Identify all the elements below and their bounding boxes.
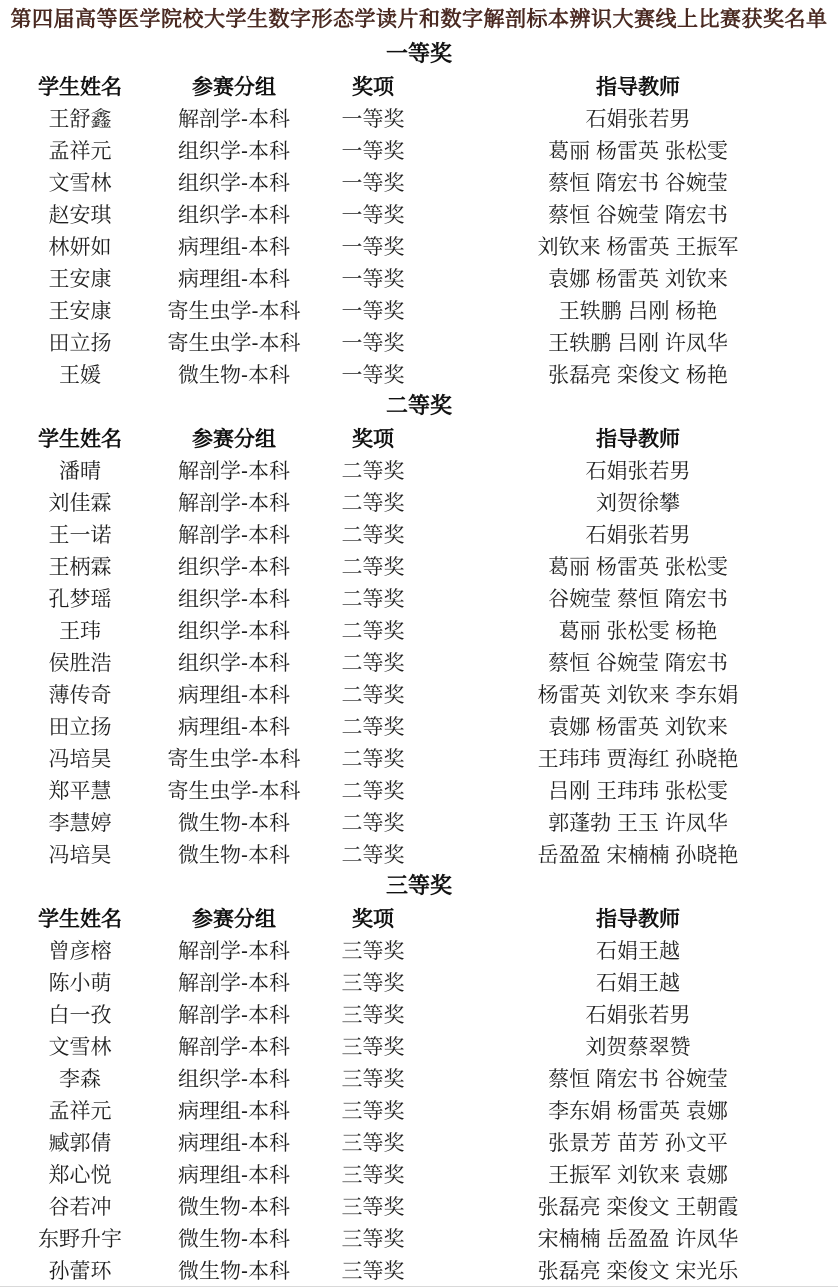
cell-award: 二等奖	[308, 486, 438, 518]
cell-award: 一等奖	[308, 294, 438, 326]
cell-student: 刘佳霖	[0, 486, 160, 518]
cell-teachers: 王轶鹏 吕刚 杨艳	[438, 294, 838, 326]
cell-award: 三等奖	[308, 1062, 438, 1094]
cell-award: 一等奖	[308, 198, 438, 230]
cell-group: 解剖学-本科	[160, 518, 308, 550]
cell-award: 二等奖	[308, 582, 438, 614]
cell-student: 孟祥元	[0, 134, 160, 166]
cell-student: 文雪林	[0, 1030, 160, 1062]
cell-teachers: 石娟王越	[438, 966, 838, 998]
cell-group: 病理组-本科	[160, 1126, 308, 1158]
table-row: 陈小萌解剖学-本科三等奖石娟王越	[0, 966, 838, 998]
cell-student: 冯培昊	[0, 838, 160, 870]
second-prize-table: 学生姓名 参赛分组 奖项 指导教师 潘晴解剖学-本科二等奖石娟张若男刘佳霖解剖学…	[0, 422, 838, 870]
cell-student: 赵安琪	[0, 198, 160, 230]
cell-student: 白一孜	[0, 998, 160, 1030]
cell-teachers: 葛丽 张松雯 杨艳	[438, 614, 838, 646]
cell-teachers: 张磊亮 栾俊文 宋光乐	[438, 1254, 838, 1286]
table-row: 王舒鑫解剖学-本科一等奖石娟张若男	[0, 102, 838, 134]
cell-group: 解剖学-本科	[160, 998, 308, 1030]
first-prize-table: 学生姓名 参赛分组 奖项 指导教师 王舒鑫解剖学-本科一等奖石娟张若男孟祥元组织…	[0, 70, 838, 390]
column-header-group: 参赛分组	[160, 422, 308, 454]
cell-award: 一等奖	[308, 102, 438, 134]
cell-teachers: 石娟张若男	[438, 518, 838, 550]
cell-teachers: 蔡恒 隋宏书 谷婉莹	[438, 1062, 838, 1094]
cell-award: 一等奖	[308, 134, 438, 166]
cell-student: 谷若冲	[0, 1190, 160, 1222]
cell-student: 臧郭倩	[0, 1126, 160, 1158]
cell-group: 解剖学-本科	[160, 966, 308, 998]
cell-teachers: 蔡恒 隋宏书 谷婉莹	[438, 166, 838, 198]
table-row: 林妍如病理组-本科一等奖刘钦来 杨雷英 王振军	[0, 230, 838, 262]
cell-group: 寄生虫学-本科	[160, 326, 308, 358]
table-header-row: 学生姓名 参赛分组 奖项 指导教师	[0, 70, 838, 102]
table-header-row: 学生姓名 参赛分组 奖项 指导教师	[0, 902, 838, 934]
cell-student: 东野升宇	[0, 1222, 160, 1254]
cell-group: 组织学-本科	[160, 582, 308, 614]
cell-student: 薄传奇	[0, 678, 160, 710]
cell-teachers: 谷婉莹 蔡恒 隋宏书	[438, 582, 838, 614]
cell-award: 三等奖	[308, 966, 438, 998]
cell-teachers: 刘钦来 杨雷英 王振军	[438, 230, 838, 262]
table-row: 孔梦瑶组织学-本科二等奖谷婉莹 蔡恒 隋宏书	[0, 582, 838, 614]
cell-student: 王柄霖	[0, 550, 160, 582]
cell-student: 潘晴	[0, 454, 160, 486]
cell-award: 一等奖	[308, 166, 438, 198]
cell-teachers: 石娟张若男	[438, 454, 838, 486]
section-first-prize: 一等奖 学生姓名 参赛分组 奖项 指导教师 王舒鑫解剖学-本科一等奖石娟张若男孟…	[0, 38, 838, 390]
section-second-prize: 二等奖 学生姓名 参赛分组 奖项 指导教师 潘晴解剖学-本科二等奖石娟张若男刘佳…	[0, 390, 838, 870]
cell-teachers: 石娟张若男	[438, 998, 838, 1030]
cell-group: 解剖学-本科	[160, 934, 308, 966]
cell-award: 三等奖	[308, 1094, 438, 1126]
table-row: 孙蕾环微生物-本科三等奖张磊亮 栾俊文 宋光乐	[0, 1254, 838, 1286]
cell-group: 微生物-本科	[160, 1254, 308, 1286]
cell-student: 李森	[0, 1062, 160, 1094]
cell-award: 三等奖	[308, 1126, 438, 1158]
cell-student: 孟祥元	[0, 1094, 160, 1126]
cell-group: 病理组-本科	[160, 710, 308, 742]
cell-group: 组织学-本科	[160, 614, 308, 646]
table-row: 臧郭倩病理组-本科三等奖张景芳 苗芳 孙文平	[0, 1126, 838, 1158]
table-row: 李森组织学-本科三等奖蔡恒 隋宏书 谷婉莹	[0, 1062, 838, 1094]
cell-group: 解剖学-本科	[160, 102, 308, 134]
awards-document: 第四届高等医学院校大学生数字形态学读片和数字解剖标本辨识大赛线上比赛获奖名单 一…	[0, 0, 838, 1287]
cell-group: 微生物-本科	[160, 838, 308, 870]
cell-student: 陈小萌	[0, 966, 160, 998]
cell-award: 二等奖	[308, 678, 438, 710]
cell-teachers: 张磊亮 栾俊文 王朝霞	[438, 1190, 838, 1222]
cell-student: 田立扬	[0, 710, 160, 742]
cell-award: 一等奖	[308, 326, 438, 358]
cell-award: 一等奖	[308, 230, 438, 262]
table-row: 白一孜解剖学-本科三等奖石娟张若男	[0, 998, 838, 1030]
cell-student: 孙蕾环	[0, 1254, 160, 1286]
cell-student: 王一诺	[0, 518, 160, 550]
table-row: 王媛微生物-本科一等奖张磊亮 栾俊文 杨艳	[0, 358, 838, 390]
cell-group: 寄生虫学-本科	[160, 294, 308, 326]
cell-teachers: 石娟张若男	[438, 102, 838, 134]
cell-group: 寄生虫学-本科	[160, 742, 308, 774]
cell-award: 二等奖	[308, 550, 438, 582]
third-prize-heading: 三等奖	[0, 870, 838, 902]
second-prize-heading: 二等奖	[0, 390, 838, 422]
table-row: 冯培昊寄生虫学-本科二等奖王玮玮 贾海红 孙晓艳	[0, 742, 838, 774]
table-row: 王一诺解剖学-本科二等奖石娟张若男	[0, 518, 838, 550]
cell-award: 二等奖	[308, 710, 438, 742]
cell-teachers: 杨雷英 刘钦来 李东娟	[438, 678, 838, 710]
cell-student: 王玮	[0, 614, 160, 646]
cell-teachers: 葛丽 杨雷英 张松雯	[438, 550, 838, 582]
bottom-divider	[0, 1286, 838, 1287]
cell-group: 病理组-本科	[160, 262, 308, 294]
cell-group: 微生物-本科	[160, 1190, 308, 1222]
cell-teachers: 王玮玮 贾海红 孙晓艳	[438, 742, 838, 774]
cell-teachers: 蔡恒 谷婉莹 隋宏书	[438, 198, 838, 230]
cell-teachers: 吕刚 王玮玮 张松雯	[438, 774, 838, 806]
cell-award: 一等奖	[308, 358, 438, 390]
cell-award: 二等奖	[308, 838, 438, 870]
cell-award: 二等奖	[308, 518, 438, 550]
section-third-prize: 三等奖 学生姓名 参赛分组 奖项 指导教师 曾彦榕解剖学-本科三等奖石娟王越陈小…	[0, 870, 838, 1286]
cell-student: 王舒鑫	[0, 102, 160, 134]
cell-student: 王媛	[0, 358, 160, 390]
column-header-teachers: 指导教师	[438, 422, 838, 454]
cell-student: 王安康	[0, 262, 160, 294]
cell-group: 微生物-本科	[160, 806, 308, 838]
cell-group: 组织学-本科	[160, 166, 308, 198]
table-row: 孟祥元病理组-本科三等奖李东娟 杨雷英 袁娜	[0, 1094, 838, 1126]
cell-group: 解剖学-本科	[160, 1030, 308, 1062]
column-header-teachers: 指导教师	[438, 70, 838, 102]
cell-student: 林妍如	[0, 230, 160, 262]
column-header-award: 奖项	[308, 422, 438, 454]
table-row: 王玮组织学-本科二等奖葛丽 张松雯 杨艳	[0, 614, 838, 646]
cell-award: 二等奖	[308, 806, 438, 838]
cell-teachers: 葛丽 杨雷英 张松雯	[438, 134, 838, 166]
table-row: 侯胜浩组织学-本科二等奖蔡恒 谷婉莹 隋宏书	[0, 646, 838, 678]
column-header-teachers: 指导教师	[438, 902, 838, 934]
table-row: 田立扬病理组-本科二等奖袁娜 杨雷英 刘钦来	[0, 710, 838, 742]
cell-award: 二等奖	[308, 774, 438, 806]
table-row: 东野升宇微生物-本科三等奖宋楠楠 岳盈盈 许凤华	[0, 1222, 838, 1254]
cell-teachers: 张景芳 苗芳 孙文平	[438, 1126, 838, 1158]
cell-group: 病理组-本科	[160, 230, 308, 262]
table-row: 潘晴解剖学-本科二等奖石娟张若男	[0, 454, 838, 486]
cell-teachers: 郭蓬勃 王玉 许凤华	[438, 806, 838, 838]
table-row: 田立扬寄生虫学-本科一等奖王轶鹏 吕刚 许凤华	[0, 326, 838, 358]
cell-teachers: 刘贺蔡翠赞	[438, 1030, 838, 1062]
column-header-student: 学生姓名	[0, 422, 160, 454]
first-prize-heading: 一等奖	[0, 38, 838, 70]
cell-award: 三等奖	[308, 1030, 438, 1062]
cell-group: 解剖学-本科	[160, 454, 308, 486]
cell-group: 组织学-本科	[160, 646, 308, 678]
cell-teachers: 张磊亮 栾俊文 杨艳	[438, 358, 838, 390]
cell-group: 组织学-本科	[160, 134, 308, 166]
cell-student: 郑平慧	[0, 774, 160, 806]
table-row: 孟祥元组织学-本科一等奖葛丽 杨雷英 张松雯	[0, 134, 838, 166]
column-header-group: 参赛分组	[160, 70, 308, 102]
column-header-student: 学生姓名	[0, 902, 160, 934]
table-row: 薄传奇病理组-本科二等奖杨雷英 刘钦来 李东娟	[0, 678, 838, 710]
cell-award: 二等奖	[308, 454, 438, 486]
column-header-award: 奖项	[308, 902, 438, 934]
cell-teachers: 石娟王越	[438, 934, 838, 966]
cell-teachers: 刘贺徐攀	[438, 486, 838, 518]
cell-teachers: 王轶鹏 吕刚 许凤华	[438, 326, 838, 358]
page-title: 第四届高等医学院校大学生数字形态学读片和数字解剖标本辨识大赛线上比赛获奖名单	[0, 4, 838, 38]
cell-award: 二等奖	[308, 614, 438, 646]
cell-teachers: 岳盈盈 宋楠楠 孙晓艳	[438, 838, 838, 870]
cell-student: 田立扬	[0, 326, 160, 358]
cell-student: 李慧婷	[0, 806, 160, 838]
table-row: 曾彦榕解剖学-本科三等奖石娟王越	[0, 934, 838, 966]
cell-group: 病理组-本科	[160, 1158, 308, 1190]
table-row: 郑平慧寄生虫学-本科二等奖吕刚 王玮玮 张松雯	[0, 774, 838, 806]
cell-student: 郑心悦	[0, 1158, 160, 1190]
cell-award: 三等奖	[308, 998, 438, 1030]
column-header-student: 学生姓名	[0, 70, 160, 102]
column-header-group: 参赛分组	[160, 902, 308, 934]
cell-group: 解剖学-本科	[160, 486, 308, 518]
table-row: 王柄霖组织学-本科二等奖葛丽 杨雷英 张松雯	[0, 550, 838, 582]
cell-student: 王安康	[0, 294, 160, 326]
cell-group: 微生物-本科	[160, 1222, 308, 1254]
table-row: 李慧婷微生物-本科二等奖郭蓬勃 王玉 许凤华	[0, 806, 838, 838]
cell-teachers: 宋楠楠 岳盈盈 许凤华	[438, 1222, 838, 1254]
cell-award: 三等奖	[308, 934, 438, 966]
cell-group: 组织学-本科	[160, 550, 308, 582]
column-header-award: 奖项	[308, 70, 438, 102]
cell-student: 孔梦瑶	[0, 582, 160, 614]
cell-group: 寄生虫学-本科	[160, 774, 308, 806]
cell-group: 组织学-本科	[160, 1062, 308, 1094]
cell-teachers: 王振军 刘钦来 袁娜	[438, 1158, 838, 1190]
table-row: 王安康病理组-本科一等奖袁娜 杨雷英 刘钦来	[0, 262, 838, 294]
cell-award: 二等奖	[308, 742, 438, 774]
table-row: 文雪林解剖学-本科三等奖刘贺蔡翠赞	[0, 1030, 838, 1062]
cell-student: 文雪林	[0, 166, 160, 198]
cell-award: 三等奖	[308, 1254, 438, 1286]
cell-award: 三等奖	[308, 1222, 438, 1254]
cell-student: 曾彦榕	[0, 934, 160, 966]
table-row: 赵安琪组织学-本科一等奖蔡恒 谷婉莹 隋宏书	[0, 198, 838, 230]
table-row: 刘佳霖解剖学-本科二等奖刘贺徐攀	[0, 486, 838, 518]
cell-award: 三等奖	[308, 1190, 438, 1222]
cell-teachers: 蔡恒 谷婉莹 隋宏书	[438, 646, 838, 678]
table-header-row: 学生姓名 参赛分组 奖项 指导教师	[0, 422, 838, 454]
cell-teachers: 李东娟 杨雷英 袁娜	[438, 1094, 838, 1126]
cell-award: 一等奖	[308, 262, 438, 294]
cell-teachers: 袁娜 杨雷英 刘钦来	[438, 262, 838, 294]
cell-group: 组织学-本科	[160, 198, 308, 230]
cell-group: 病理组-本科	[160, 1094, 308, 1126]
table-row: 王安康寄生虫学-本科一等奖王轶鹏 吕刚 杨艳	[0, 294, 838, 326]
cell-teachers: 袁娜 杨雷英 刘钦来	[438, 710, 838, 742]
table-row: 谷若冲微生物-本科三等奖张磊亮 栾俊文 王朝霞	[0, 1190, 838, 1222]
table-row: 冯培昊微生物-本科二等奖岳盈盈 宋楠楠 孙晓艳	[0, 838, 838, 870]
third-prize-table: 学生姓名 参赛分组 奖项 指导教师 曾彦榕解剖学-本科三等奖石娟王越陈小萌解剖学…	[0, 902, 838, 1286]
cell-group: 微生物-本科	[160, 358, 308, 390]
table-row: 文雪林组织学-本科一等奖蔡恒 隋宏书 谷婉莹	[0, 166, 838, 198]
cell-student: 冯培昊	[0, 742, 160, 774]
cell-award: 二等奖	[308, 646, 438, 678]
cell-group: 病理组-本科	[160, 678, 308, 710]
cell-award: 三等奖	[308, 1158, 438, 1190]
table-row: 郑心悦病理组-本科三等奖王振军 刘钦来 袁娜	[0, 1158, 838, 1190]
cell-student: 侯胜浩	[0, 646, 160, 678]
